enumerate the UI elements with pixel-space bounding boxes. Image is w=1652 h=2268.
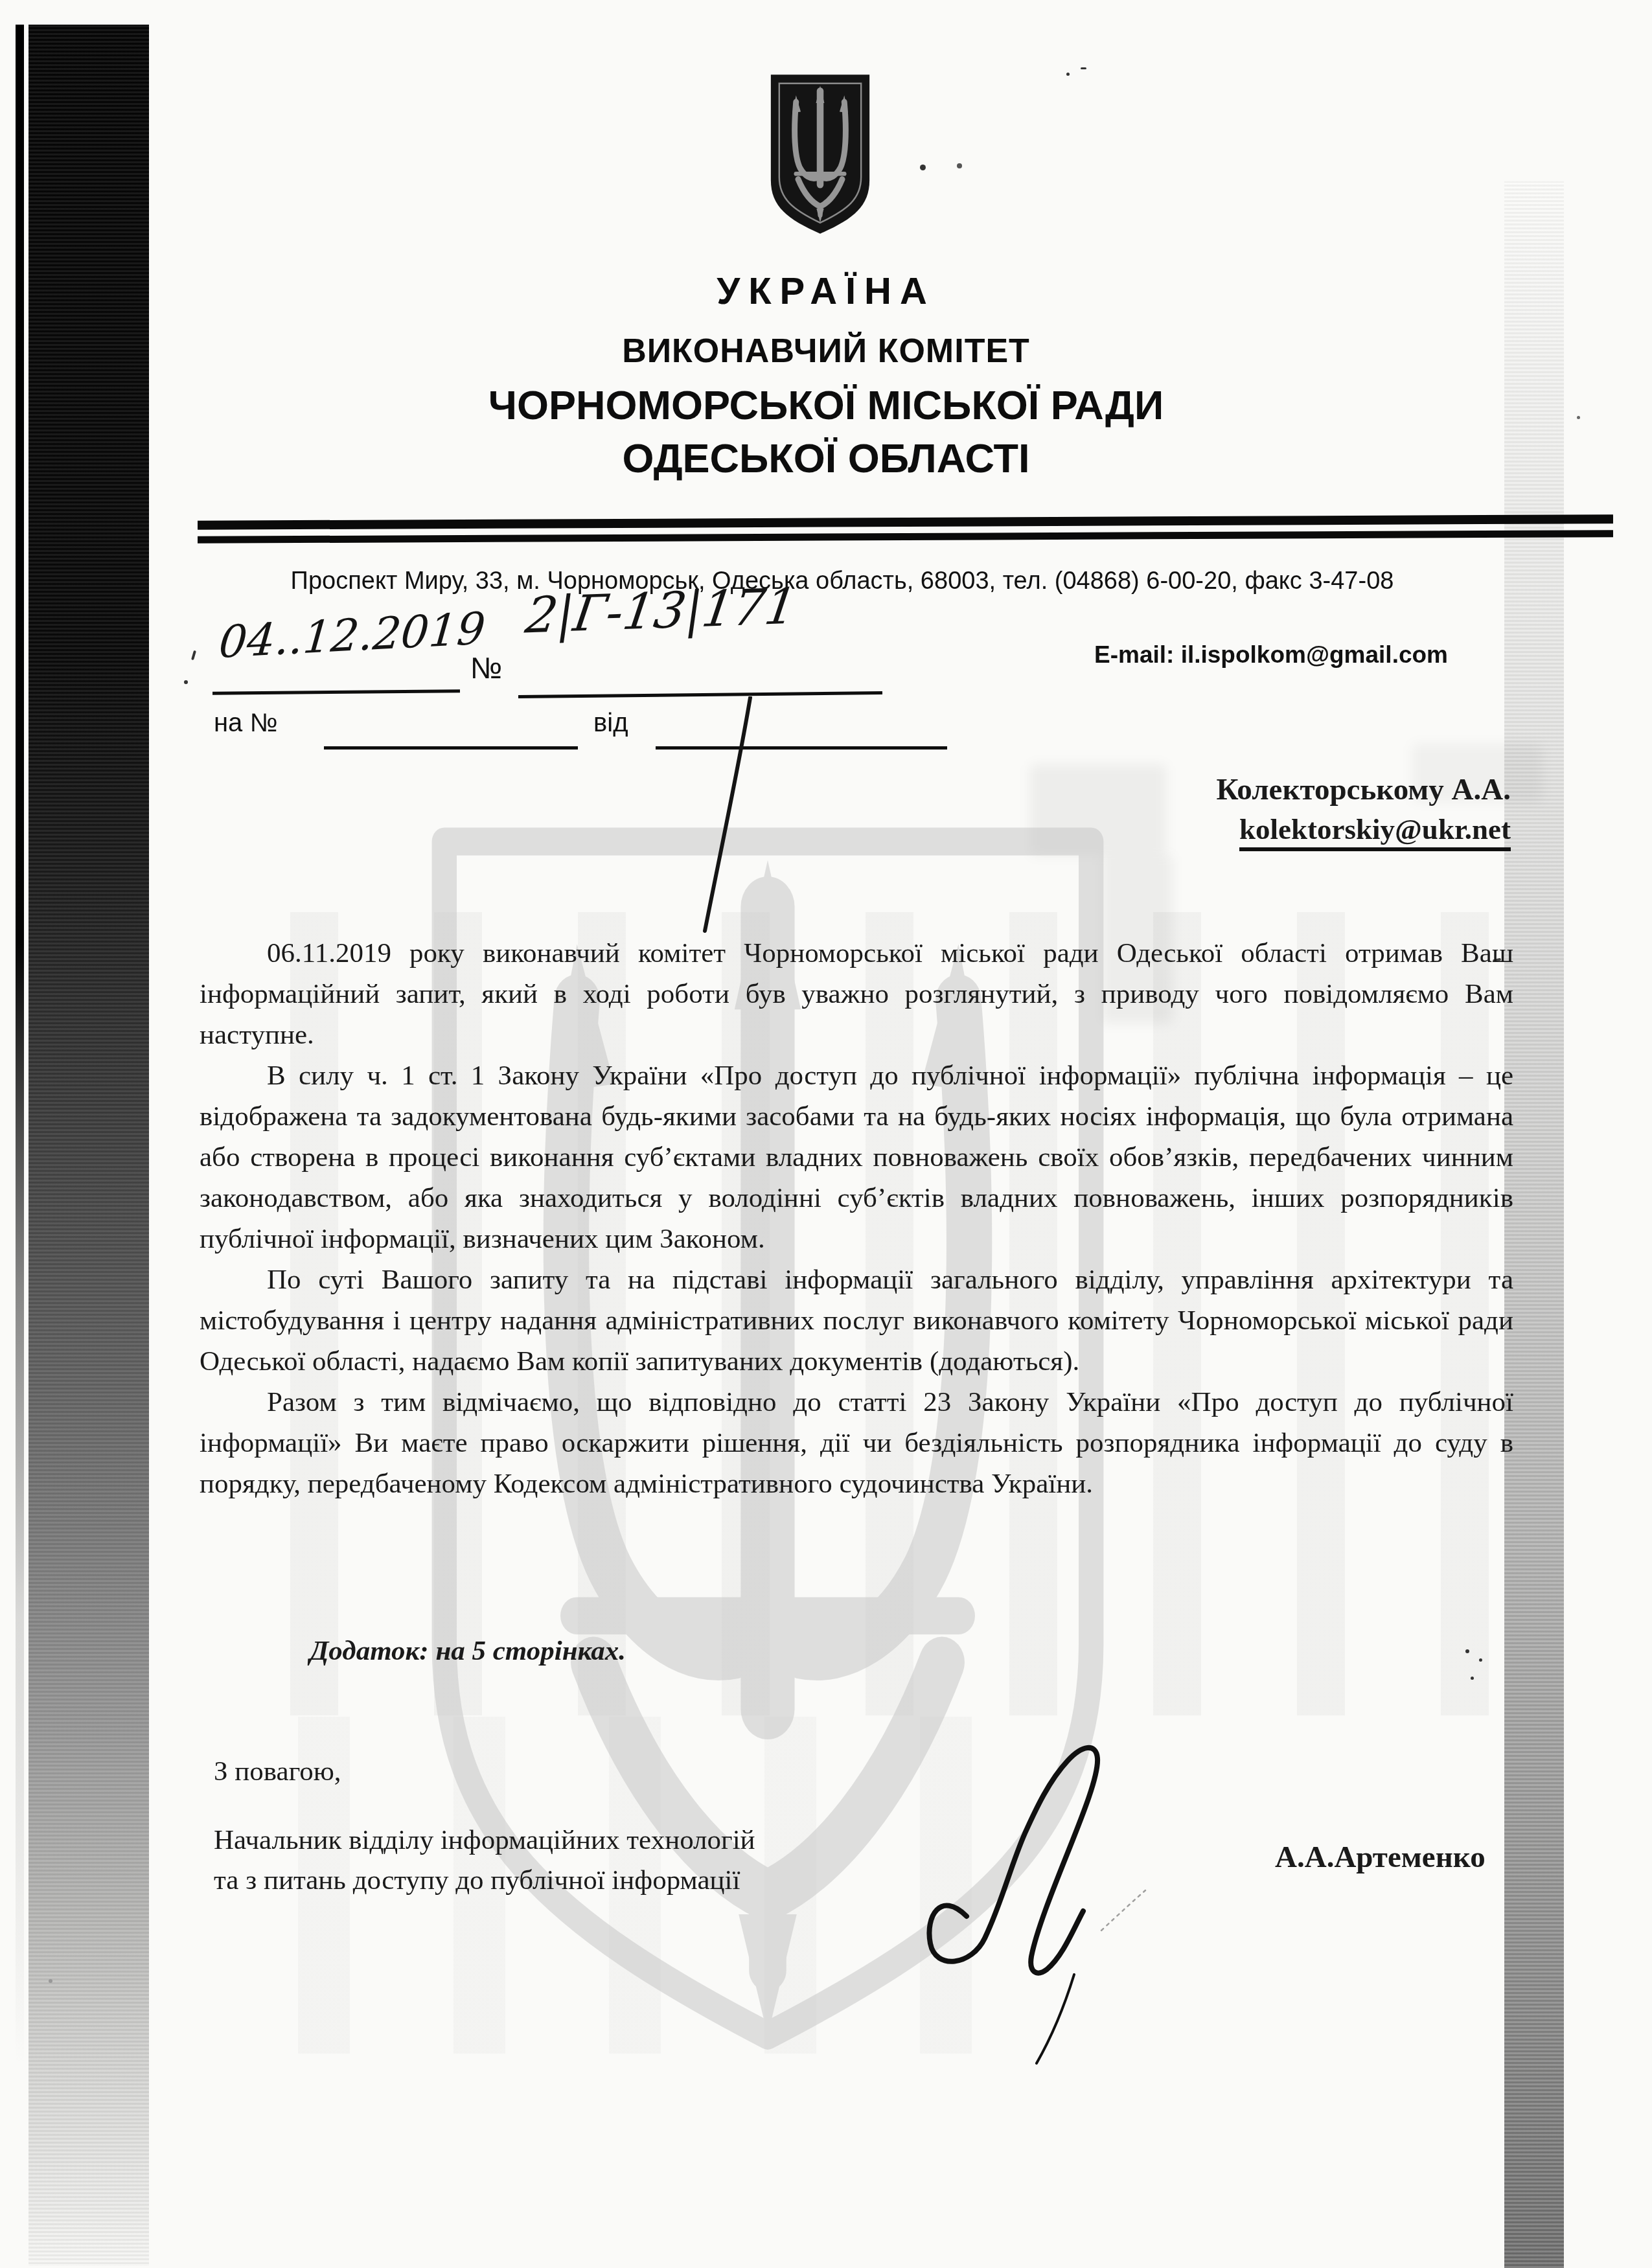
reply-ref-underline: [324, 746, 578, 750]
letterhead-divider-bottom: [198, 530, 1613, 544]
letterhead-org-line1: ВИКОНАВЧИЙ КОМІТЕТ: [0, 332, 1652, 371]
recipient-name: Колекторському А.А.: [972, 772, 1511, 807]
body-paragraph-2: В силу ч. 1 ст. 1 Закону України «Про до…: [200, 1055, 1513, 1259]
signer-title-line2: та з питань доступу до публічної інформа…: [214, 1861, 755, 1901]
scan-speck: [1479, 1658, 1482, 1662]
body-paragraph-1: 06.11.2019 року виконавчий комітет Чорно…: [200, 933, 1513, 1055]
scan-speck: [49, 1979, 52, 1983]
reply-from-label: від: [593, 709, 628, 738]
attachment-note: Додаток: на 5 сторінках.: [310, 1635, 626, 1667]
signature-autograph: [907, 1710, 1205, 2073]
scan-speck: [191, 650, 196, 661]
letterhead-email: E-mail: il.ispolkom@gmail.com: [842, 641, 1448, 669]
signer-title: Начальник відділу інформаційних технолог…: [214, 1820, 755, 1901]
outgoing-number-handwritten: 2|Г-13|171: [522, 577, 801, 644]
reply-ref-prefix: на №: [214, 709, 277, 738]
closing-regards: З повагою,: [214, 1756, 341, 1787]
handwriting-stroke-tail: [674, 696, 777, 936]
scan-speck: [1471, 1677, 1474, 1680]
letterhead-address: Проспект Миру, 33, м. Чорноморськ, Одесь…: [211, 567, 1474, 595]
body-paragraph-3: По суті Вашого запиту та на підставі інф…: [200, 1259, 1513, 1382]
number-sign: №: [470, 650, 502, 685]
scan-speck: [1066, 73, 1070, 76]
letter-body: 06.11.2019 року виконавчий комітет Чорно…: [200, 933, 1513, 1504]
scan-speck: [1081, 67, 1086, 69]
date-underline: [212, 689, 460, 694]
scanned-letter-page: УКРАЇНА ВИКОНАВЧИЙ КОМІТЕТ ЧОРНОМОРСЬКОЇ…: [0, 0, 1652, 2268]
scan-edge-line: [16, 25, 24, 2065]
letterhead-divider-top: [198, 514, 1613, 530]
letterhead-org-line2: ЧОРНОМОРСЬКОЇ МІСЬКОЇ РАДИ: [0, 382, 1652, 429]
signer-name: А.А.Артеменко: [1275, 1840, 1486, 1875]
scan-speck: [920, 165, 926, 170]
scan-speck: [957, 163, 962, 168]
body-paragraph-4: Разом з тим відмічаємо, що відповідно до…: [200, 1382, 1513, 1504]
signer-title-line1: Начальник відділу інформаційних технолог…: [214, 1820, 755, 1861]
scan-speck: [184, 680, 188, 684]
ukraine-emblem-icon: [768, 73, 873, 236]
recipient-email: kolektorskiy@ukr.net: [1239, 812, 1511, 851]
recipient-block: Колекторському А.А. kolektorskiy@ukr.net: [972, 772, 1511, 851]
outgoing-date-handwritten: 04..12.2019: [217, 603, 487, 669]
letterhead-org-line3: ОДЕСЬКОЇ ОБЛАСТІ: [0, 435, 1652, 482]
scan-speck: [1465, 1649, 1469, 1653]
letterhead-country: УКРАЇНА: [0, 269, 1652, 313]
